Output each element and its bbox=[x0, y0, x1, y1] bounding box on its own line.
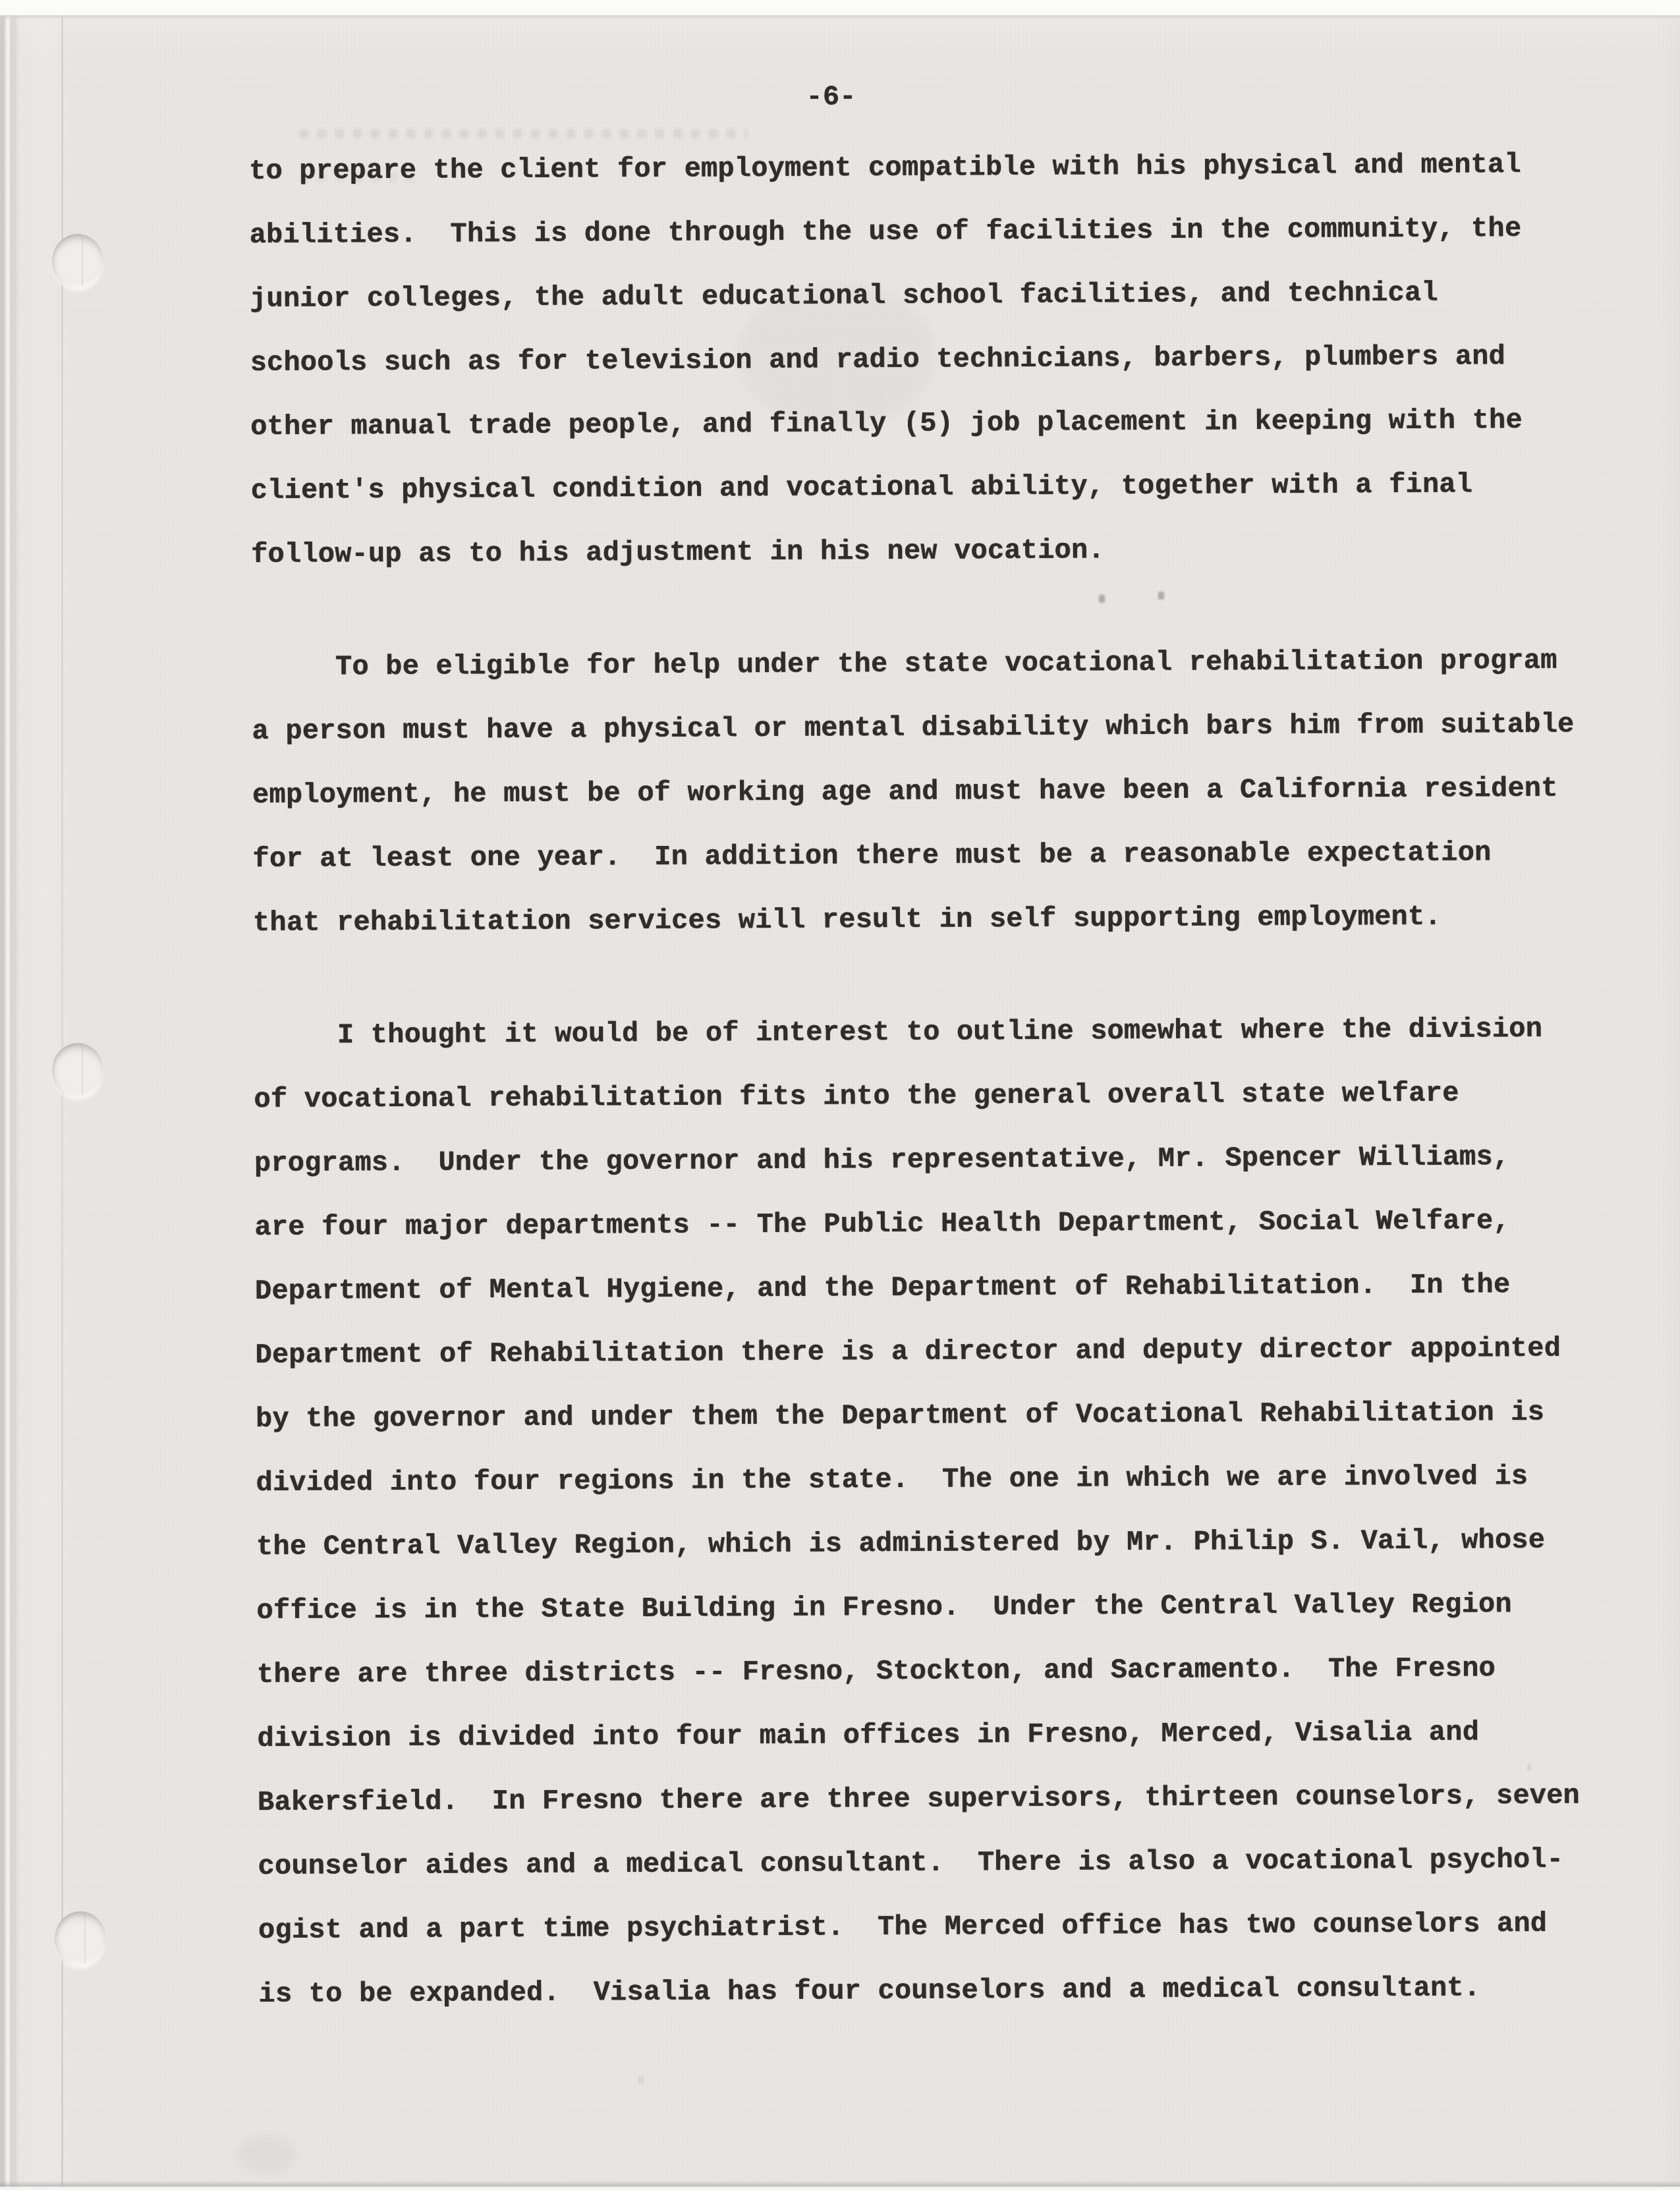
text-line: other manual trade people, and finally (… bbox=[250, 389, 1568, 459]
typewritten-content: -6- to prepare the client for employment… bbox=[0, 0, 1680, 2190]
paragraph: I thought it would be of interest to out… bbox=[254, 997, 1577, 2027]
text-line: office is in the State Building in Fresn… bbox=[256, 1572, 1574, 1642]
scanned-document-page: -6- to prepare the client for employment… bbox=[0, 0, 1680, 2190]
text-line: junior colleges, the adult educational s… bbox=[250, 261, 1567, 331]
text-line: the Central Valley Region, which is admi… bbox=[256, 1509, 1574, 1579]
text-line: Department of Mental Hygiene, and the De… bbox=[255, 1253, 1573, 1324]
text-line: Department of Rehabilitation there is a … bbox=[255, 1317, 1573, 1388]
page-number: -6- bbox=[806, 65, 856, 129]
text-line: employment, he must be of working age an… bbox=[252, 757, 1570, 828]
text-line: To be eligible for help under the state … bbox=[252, 629, 1569, 700]
text-line: that rehabilitation services will result… bbox=[253, 885, 1571, 955]
text-line: for at least one year. In addition there… bbox=[252, 821, 1570, 891]
text-line: abilities. This is done through the use … bbox=[249, 197, 1567, 267]
text-line: of vocational rehabilitation fits into t… bbox=[254, 1061, 1571, 1132]
text-line: client's physical condition and vocation… bbox=[250, 453, 1568, 523]
text-line: ogist and a part time psychiatrist. The … bbox=[258, 1892, 1576, 1962]
text-line: Bakersfield. In Fresno there are three s… bbox=[258, 1764, 1575, 1834]
text-line: there are three districts -- Fresno, Sto… bbox=[257, 1636, 1575, 1706]
document-body: to prepare the client for employment com… bbox=[249, 133, 1577, 2027]
text-line: follow-up as to his adjustment in his ne… bbox=[251, 517, 1569, 587]
text-line: are four major departments -- The Public… bbox=[254, 1189, 1572, 1260]
text-line: schools such as for television and radio… bbox=[250, 325, 1567, 395]
text-line: by the governor and under them the Depar… bbox=[256, 1381, 1573, 1451]
text-line: programs. Under the governor and his rep… bbox=[254, 1125, 1572, 1196]
text-line: a person must have a physical or mental … bbox=[252, 693, 1569, 764]
text-line: I thought it would be of interest to out… bbox=[254, 997, 1571, 1068]
text-line: division is divided into four main offic… bbox=[257, 1700, 1575, 1770]
text-line: to prepare the client for employment com… bbox=[249, 133, 1567, 204]
text-line: divided into four regions in the state. … bbox=[256, 1445, 1573, 1515]
text-line: counselor aides and a medical consultant… bbox=[258, 1828, 1575, 1898]
paragraph: to prepare the client for employment com… bbox=[249, 133, 1569, 587]
paragraph: To be eligible for help under the state … bbox=[252, 629, 1571, 955]
text-line: is to be expanded. Visalia has four coun… bbox=[258, 1955, 1576, 2026]
